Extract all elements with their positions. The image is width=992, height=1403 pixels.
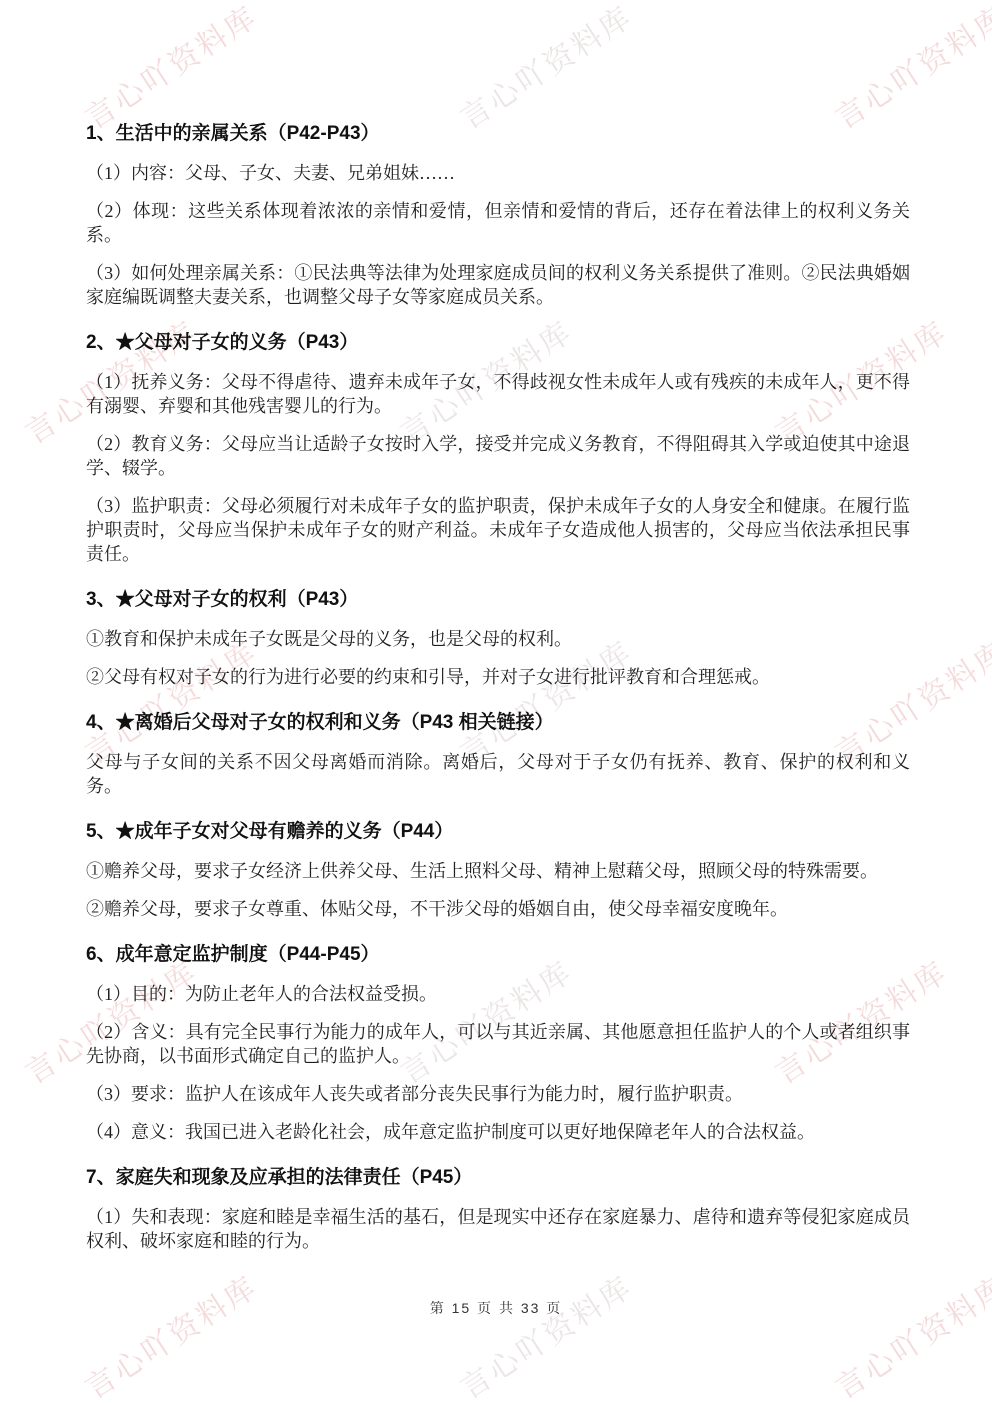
document-section: 5、★成年子女对父母有赡养的义务（P44） ①赡养父母，要求子女经济上供养父母、… [86,819,910,921]
page-footer: 第 15 页 共 33 页 [0,1298,992,1318]
paragraph: （2）含义：具有完全民事行为能力的成年人，可以与其近亲属、其他愿意担任监护人的个… [86,1020,910,1068]
document-section: 7、家庭失和现象及应承担的法律责任（P45） （1）失和表现：家庭和睦是幸福生活… [86,1165,910,1253]
section-heading: 2、★父母对子女的义务（P43） [86,330,910,356]
page-number-text: 第 15 页 共 33 页 [430,1300,563,1316]
paragraph: （2）体现：这些关系体现着浓浓的亲情和爱情，但亲情和爱情的背后，还存在着法律上的… [86,199,910,247]
paragraph: （2）教育义务：父母应当让适龄子女按时入学，接受并完成义务教育，不得阻碍其入学或… [86,432,910,480]
paragraph: （3）监护职责：父母必须履行对未成年子女的监护职责，保护未成年子女的人身安全和健… [86,494,910,566]
section-heading: 7、家庭失和现象及应承担的法律责任（P45） [86,1165,910,1191]
document-section: 4、★离婚后父母对子女的权利和义务（P43 相关链接） 父母与子女间的关系不因父… [86,710,910,798]
document-section: 1、生活中的亲属关系（P42-P43） （1）内容：父母、子女、夫妻、兄弟姐妹…… [86,121,910,309]
document-section: 3、★父母对子女的权利（P43） ①教育和保护未成年子女既是父母的义务，也是父母… [86,587,910,689]
paragraph: （1）失和表现：家庭和睦是幸福生活的基石，但是现实中还存在家庭暴力、虐待和遗弃等… [86,1205,910,1253]
document-page: 言心吖资料库言心吖资料库言心吖资料库言心吖资料库言心吖资料库言心吖资料库言心吖资… [0,0,992,1403]
paragraph: （1）目的：为防止老年人的合法权益受损。 [86,982,910,1006]
watermark-text: 言心吖资料库 [450,1263,640,1403]
paragraph: （1）抚养义务：父母不得虐待、遗弃未成年子女，不得歧视女性未成年人或有残疾的未成… [86,370,910,418]
section-heading: 1、生活中的亲属关系（P42-P43） [86,121,910,147]
document-section: 6、成年意定监护制度（P44-P45） （1）目的：为防止老年人的合法权益受损。… [86,942,910,1144]
paragraph: （1）内容：父母、子女、夫妻、兄弟姐妹…… [86,161,910,185]
section-heading: 3、★父母对子女的权利（P43） [86,587,910,613]
paragraph: ②父母有权对子女的行为进行必要的约束和引导，并对子女进行批评教育和合理惩戒。 [86,665,910,689]
section-heading: 6、成年意定监护制度（P44-P45） [86,942,910,968]
paragraph: 父母与子女间的关系不因父母离婚而消除。离婚后，父母对于子女仍有抚养、教育、保护的… [86,750,910,798]
paragraph: （4）意义：我国已进入老龄化社会，成年意定监护制度可以更好地保障老年人的合法权益… [86,1120,910,1144]
section-heading: 4、★离婚后父母对子女的权利和义务（P43 相关链接） [86,710,910,736]
document-content: 1、生活中的亲属关系（P42-P43） （1）内容：父母、子女、夫妻、兄弟姐妹…… [86,100,910,1267]
paragraph: （3）要求：监护人在该成年人丧失或者部分丧失民事行为能力时，履行监护职责。 [86,1082,910,1106]
paragraph: ②赡养父母，要求子女尊重、体贴父母，不干涉父母的婚姻自由，使父母幸福安度晚年。 [86,897,910,921]
document-section: 2、★父母对子女的义务（P43） （1）抚养义务：父母不得虐待、遗弃未成年子女，… [86,330,910,566]
paragraph: ①教育和保护未成年子女既是父母的义务，也是父母的权利。 [86,627,910,651]
paragraph: （3）如何处理亲属关系：①民法典等法律为处理家庭成员间的权利义务关系提供了准则。… [86,261,910,309]
watermark-text: 言心吖资料库 [825,1263,992,1403]
section-heading: 5、★成年子女对父母有赡养的义务（P44） [86,819,910,845]
watermark-text: 言心吖资料库 [75,1263,265,1403]
paragraph: ①赡养父母，要求子女经济上供养父母、生活上照料父母、精神上慰藉父母，照顾父母的特… [86,859,910,883]
